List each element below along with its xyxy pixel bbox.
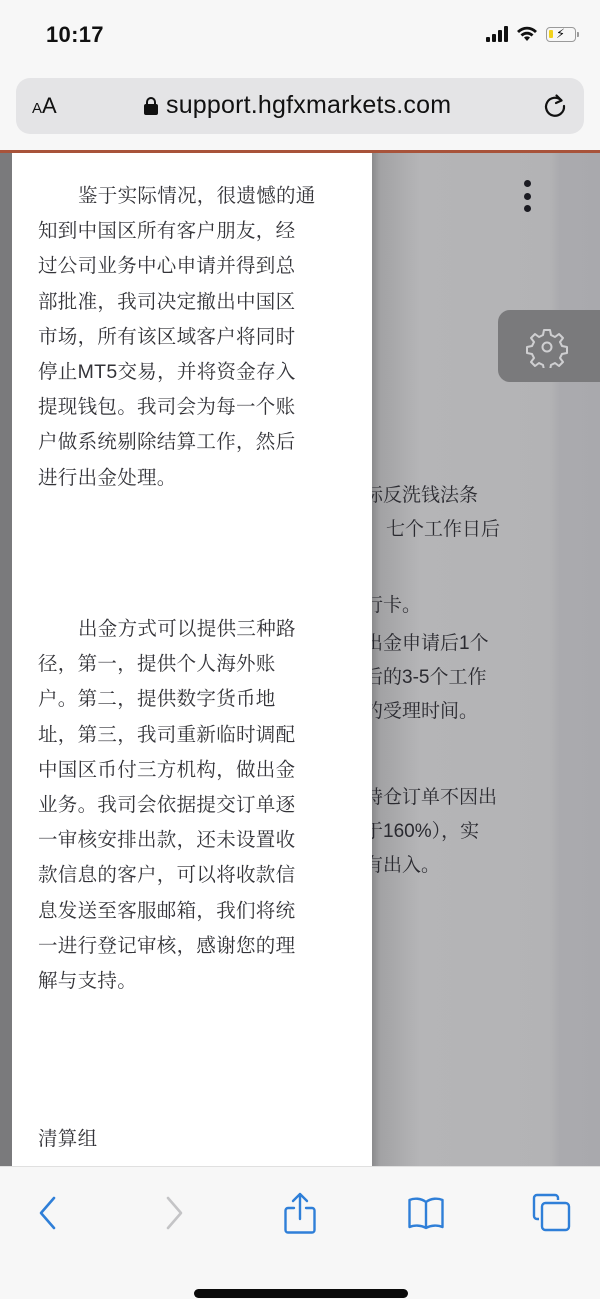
notice-paragraph-2: 出金方式可以提供三种路 径，第一，提供个人海外账 户。第二，提供数字货币地 址，… (38, 612, 350, 999)
background-text: 出金申请后1个 (364, 628, 489, 655)
browser-toolbar (0, 1166, 600, 1299)
bookmarks-button[interactable] (404, 1191, 448, 1235)
notice-paragraph-1: 鉴于实际情况，很遗憾的通 知到中国区所有客户朋友，经 过公司业务中心申请并得到总… (38, 179, 350, 496)
address-bar[interactable]: AA support.hgfxmarkets.com (16, 78, 584, 134)
gear-icon (526, 326, 568, 368)
wifi-icon (516, 26, 538, 42)
home-indicator[interactable] (194, 1289, 408, 1298)
status-time: 10:17 (46, 22, 104, 48)
web-page: 际反洗钱法条 七个工作日后 行卡。 出金申请后1个 后的3-5个工作 的受理时间… (0, 150, 600, 1166)
tabs-icon (532, 1193, 572, 1233)
reload-icon[interactable] (540, 91, 570, 121)
notice-panel: 鉴于实际情况，很遗憾的通 知到中国区所有客户朋友，经 过公司业务中心申请并得到总… (12, 153, 372, 1166)
notice-signature: 清算组 (38, 1122, 350, 1157)
url-field[interactable]: support.hgfxmarkets.com (144, 91, 451, 120)
text-size-button[interactable]: AA (32, 93, 57, 119)
background-text: 后的3-5个工作 (364, 662, 486, 689)
background-text: 际反洗钱法条 (364, 480, 478, 507)
book-icon (407, 1196, 445, 1230)
background-text: 七个工作日后 (386, 514, 500, 541)
chevron-right-icon (162, 1195, 186, 1231)
background-text: 持仓订单不因出 (364, 782, 497, 809)
share-button[interactable] (278, 1191, 322, 1235)
url-text: support.hgfxmarkets.com (166, 91, 451, 120)
chevron-left-icon (36, 1195, 60, 1231)
status-bar: 10:17 ⚡︎ (0, 0, 600, 72)
background-text: 有出入。 (364, 850, 440, 877)
status-icons: ⚡︎ (486, 26, 576, 42)
overlay-left-edge (0, 153, 12, 1166)
background-text: 于160%），实 (364, 816, 479, 843)
browser-address-area: AA support.hgfxmarkets.com (0, 72, 600, 150)
cellular-signal-icon (486, 26, 508, 42)
tabs-button[interactable] (530, 1191, 574, 1235)
lock-icon (144, 97, 158, 115)
battery-charging-icon: ⚡︎ (546, 27, 576, 42)
share-icon (283, 1191, 317, 1235)
background-text: 的受理时间。 (364, 696, 478, 723)
settings-tab[interactable] (498, 310, 600, 382)
background-text: 行卡。 (364, 590, 421, 617)
back-button[interactable] (26, 1191, 70, 1235)
forward-button[interactable] (152, 1191, 196, 1235)
kebab-menu-icon[interactable] (522, 180, 532, 212)
